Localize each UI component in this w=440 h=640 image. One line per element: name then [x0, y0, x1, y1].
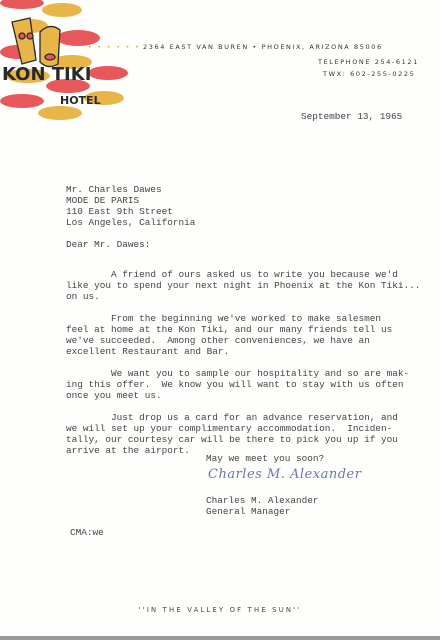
- hotel-telephone: TELEPHONE 254-6121: [318, 58, 419, 66]
- kon-tiki-logo: KON TIKI HOTEL: [0, 0, 130, 125]
- recipient-city: Los Angeles, California: [66, 218, 195, 229]
- decorative-dots: • • • • • •: [88, 44, 141, 51]
- signer-title: General Manager: [206, 507, 290, 518]
- closing-line: May we meet you soon?: [206, 454, 324, 465]
- logo-kon-tiki-text: KON TIKI: [2, 64, 91, 85]
- hotel-twx: TWX: 602-255-0225: [323, 70, 415, 78]
- footer-tagline: ''IN THE VALLEY OF THE SUN'': [0, 606, 440, 614]
- letter-date: September 13, 1965: [301, 112, 402, 123]
- letter-page: KON TIKI HOTEL • • • • • • 2364 EAST VAN…: [0, 0, 440, 640]
- hotel-address: 2364 EAST VAN BUREN • PHOENIX, ARIZONA 8…: [143, 43, 383, 51]
- salutation: Dear Mr. Dawes:: [66, 240, 150, 251]
- handwritten-signature: Charles M. Alexander: [208, 467, 361, 482]
- typist-initials: CMA:we: [70, 528, 104, 539]
- logo-hotel-text: HOTEL: [60, 94, 101, 107]
